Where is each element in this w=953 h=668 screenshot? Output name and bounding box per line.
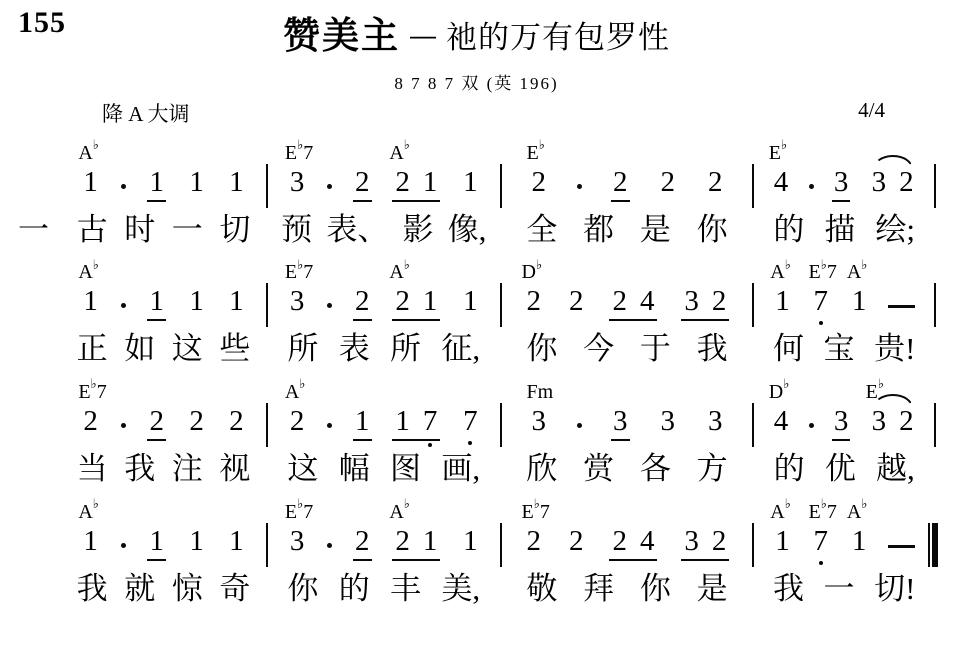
note-cell: 3E♭7 xyxy=(288,287,307,321)
music-line: 1A♭1113E♭7221A♭12E♭7224321A♭7E♭71A♭我就惊奇你… xyxy=(18,499,935,607)
augmentation-dot-icon xyxy=(809,184,814,189)
note-digit: 3 xyxy=(832,407,851,441)
lyric-syllable: 惊 xyxy=(172,571,203,607)
note-digit: 3 xyxy=(872,407,887,436)
lyric-syllable: 一 xyxy=(824,571,855,607)
note-cell: 2A♭ xyxy=(288,407,307,441)
lyric-syllable: 拜 xyxy=(583,571,614,607)
low-octave-dot-icon xyxy=(428,443,432,447)
flat-icon: ♭ xyxy=(93,496,99,511)
lyric-syllable: 贵! xyxy=(874,331,915,367)
chord-label: E♭ xyxy=(866,382,884,402)
augmentation-dot-icon xyxy=(121,184,126,189)
flat-icon: ♭ xyxy=(297,257,303,272)
note-value: 7 xyxy=(423,405,438,437)
note-value: 2 xyxy=(83,405,98,437)
lyric-syllable: 敬 xyxy=(526,571,557,607)
notes-row: 1A♭1113E♭7221A♭12D♭224321A♭7E♭71A♭ xyxy=(18,259,935,321)
time-signature: 4/4 xyxy=(858,98,885,128)
lyric-syllable: 你 xyxy=(697,212,728,248)
note-cell: 1 xyxy=(147,168,166,202)
lyric-syllable: 这 xyxy=(287,451,318,487)
note-digit: 1 xyxy=(423,527,438,556)
note-cell xyxy=(809,184,814,202)
lyric-syllable: 影 xyxy=(402,212,433,248)
note-cell: 1 xyxy=(187,287,206,321)
lyric-syllable: 正 xyxy=(77,331,108,367)
note-cell xyxy=(888,545,915,561)
lyric-syllable: 是 xyxy=(640,212,671,248)
note-digit: 2 xyxy=(899,407,914,436)
note-digit: 1 xyxy=(187,287,206,321)
measure: 1A♭7E♭71A♭ xyxy=(753,287,935,321)
note-digit: 3 xyxy=(288,287,307,321)
augmentation-dot-icon xyxy=(577,184,582,189)
chord-label: A♭ xyxy=(770,502,791,522)
measure: 4D♭332E♭ xyxy=(753,407,935,441)
title-row: 赞美主—祂的万有包罗性 xyxy=(18,16,935,57)
note-digit: 2 xyxy=(525,527,544,561)
note-digit: 2 xyxy=(530,168,549,202)
lyric-syllable: 切 xyxy=(219,212,250,248)
music-sheet: 1A♭1113E♭7221A♭12E♭2224E♭332一古时一切预表、影像,全… xyxy=(18,140,935,607)
note-value: 2 xyxy=(712,285,727,317)
lyric-syllable: 的 xyxy=(773,212,804,248)
chord-label: E♭7 xyxy=(285,143,313,163)
note-digit: 1 xyxy=(850,287,869,321)
note-digit: 1 xyxy=(423,168,438,197)
note-cell xyxy=(121,184,126,202)
notes-row: 1A♭1113E♭7221A♭12E♭2224E♭332 xyxy=(18,140,935,202)
note-value: 2 xyxy=(355,285,370,317)
lyric-syllable: 你 xyxy=(640,571,671,607)
note-digit: 4 xyxy=(640,287,655,316)
lyric-syllable: 预 xyxy=(281,212,312,248)
note-digit: 2 xyxy=(899,168,914,197)
lyric-syllable: 些 xyxy=(219,331,250,367)
note-cell: 1 xyxy=(187,527,206,561)
note-value: 2 xyxy=(712,525,727,557)
note-value: 3 xyxy=(613,405,628,437)
lyric-syllable: 古 xyxy=(77,212,108,248)
lyrics-row: 我就惊奇你的丰美,敬拜你是我一切! xyxy=(18,571,935,607)
measure-lyrics: 你的丰美, xyxy=(267,571,501,607)
verse-number: 一 xyxy=(18,212,60,248)
note-cell: 7E♭7 xyxy=(812,527,831,561)
measure-lyrics: 当我注视 xyxy=(60,451,267,487)
chord-label: E♭7 xyxy=(809,502,837,522)
note-value: 1 xyxy=(852,285,867,317)
note-digit: 1 xyxy=(461,527,480,561)
measure-lyrics: 敬拜你是 xyxy=(501,571,754,607)
note-cell: 2 xyxy=(353,168,372,202)
low-octave-dot-icon xyxy=(819,561,823,565)
lyric-syllable: 越, xyxy=(876,451,915,487)
note-cell: 2 xyxy=(187,407,206,441)
measure-lyrics: 我一切! xyxy=(753,571,935,607)
note-cell: 17 xyxy=(392,407,440,441)
beam-group: 21 xyxy=(392,287,440,321)
note-cell: 1 xyxy=(461,527,480,561)
measure: 1A♭111 xyxy=(60,527,267,561)
note-cell xyxy=(577,423,582,441)
music-line: 1A♭1113E♭7221A♭12D♭224321A♭7E♭71A♭正如这些所表… xyxy=(18,259,935,367)
measure: 1A♭111 xyxy=(60,287,267,321)
note-value: 2 xyxy=(189,405,204,437)
lyric-syllable: 我 xyxy=(773,571,804,607)
lyric-syllable: 的 xyxy=(774,451,805,487)
lyric-syllable: 绘; xyxy=(875,212,915,248)
note-value: 2 xyxy=(229,405,244,437)
notes-row: 1A♭1113E♭7221A♭12E♭7224321A♭7E♭71A♭ xyxy=(18,499,935,561)
beam-group: 32 xyxy=(681,527,729,561)
key-signature: 降 A 大调 xyxy=(102,98,190,128)
note-value: 2 xyxy=(569,525,584,557)
lyric-syllable: 时 xyxy=(124,212,155,248)
note-value: 7 xyxy=(814,285,829,317)
note-value: 1 xyxy=(83,166,98,198)
note-value: 3 xyxy=(660,405,675,437)
beam-group: 24 xyxy=(609,287,657,321)
note-cell: 32 xyxy=(681,287,729,321)
note-value: 2 xyxy=(355,166,370,198)
measure: 2E♭7222 xyxy=(60,407,267,441)
lyric-syllable: 你 xyxy=(526,331,557,367)
note-value: 2 xyxy=(290,405,305,437)
measure: 1A♭7E♭71A♭ xyxy=(753,527,935,561)
note-cell: 3E♭7 xyxy=(288,168,307,202)
note-digit: 2 xyxy=(712,287,727,316)
flat-icon: ♭ xyxy=(821,257,827,272)
note-cell: 2 xyxy=(611,168,630,202)
note-digit: 3 xyxy=(684,527,699,556)
measure-lyrics: 你今于我 xyxy=(501,331,754,367)
page-title: 赞美主 xyxy=(283,15,400,56)
measure: 2E♭722432 xyxy=(501,527,754,561)
note-value: 3 xyxy=(708,405,723,437)
note-cell: 3 xyxy=(832,168,851,202)
title-separator: — xyxy=(410,20,436,50)
note-digit: 1 xyxy=(227,287,246,321)
note-value: 1 xyxy=(83,525,98,557)
note-cell: 4E♭ xyxy=(772,168,791,202)
note-value: 3 xyxy=(290,285,305,317)
held-note-dash xyxy=(888,545,915,548)
note-value: 3 xyxy=(684,285,699,317)
note-cell: 1 xyxy=(187,168,206,202)
note-digit: 3 xyxy=(611,407,630,441)
lyric-syllable: 视 xyxy=(219,451,250,487)
note-cell: 21A♭ xyxy=(392,287,440,321)
lyric-syllable: 是 xyxy=(697,571,728,607)
note-value: 1 xyxy=(775,285,790,317)
note-digit: 1 xyxy=(773,527,792,561)
lyric-syllable: 征, xyxy=(441,331,480,367)
chord-label: E♭7 xyxy=(522,502,550,522)
lyric-syllable: 描 xyxy=(824,212,855,248)
slur-group: 32 xyxy=(869,407,917,441)
lyric-syllable: 当 xyxy=(77,451,108,487)
lyric-syllable: 一 xyxy=(172,212,203,248)
lyric-syllable: 这 xyxy=(172,331,203,367)
note-value: 2 xyxy=(149,405,164,437)
note-value: 1 xyxy=(463,166,478,198)
note-value: 1 xyxy=(189,525,204,557)
augmentation-dot-icon xyxy=(327,423,332,428)
measure: 1A♭111 xyxy=(60,168,267,202)
note-digit: 2 xyxy=(353,287,372,321)
augmentation-dot-icon xyxy=(327,543,332,548)
note-digit: 2 xyxy=(611,168,630,202)
note-cell xyxy=(888,305,915,321)
low-octave-dot-icon xyxy=(819,321,823,325)
note-digit: 2 xyxy=(353,527,372,561)
note-cell: 1 xyxy=(227,287,246,321)
lyric-syllable: 所 xyxy=(287,331,318,367)
note-digit: 3 xyxy=(288,527,307,561)
measure-lyrics: 古时一切 xyxy=(60,212,267,248)
chord-label: A♭ xyxy=(78,502,99,522)
title-subtitle: 祂的万有包罗性 xyxy=(446,20,670,55)
notes-row: 2E♭72222A♭11773Fm3334D♭332E♭ xyxy=(18,379,935,441)
note-cell: 1A♭ xyxy=(81,168,100,202)
note-value: 4 xyxy=(774,405,789,437)
note-cell: 32E♭ xyxy=(869,407,917,441)
measure-lyrics: 的优越, xyxy=(753,451,935,487)
note-value: 1 xyxy=(355,405,370,437)
flat-icon: ♭ xyxy=(404,257,410,272)
chord-label: A♭ xyxy=(389,262,410,282)
chord-label: A♭ xyxy=(847,502,868,522)
note-value: 3 xyxy=(684,525,699,557)
measure-lyrics: 的描绘; xyxy=(753,212,935,248)
note-value: 2 xyxy=(532,166,547,198)
note-cell: 2 xyxy=(353,527,372,561)
note-digit: 2 xyxy=(567,287,586,321)
note-value: 4 xyxy=(774,166,789,198)
measure-lyrics: 我就惊奇 xyxy=(60,571,267,607)
note-value: 3 xyxy=(872,166,887,198)
flat-icon: ♭ xyxy=(404,137,410,152)
note-digit: 2 xyxy=(525,287,544,321)
note-digit: 2 xyxy=(395,527,410,556)
lyric-syllable: 我 xyxy=(77,571,108,607)
note-value: 3 xyxy=(872,405,887,437)
note-digit: 7 xyxy=(423,407,438,436)
note-digit: 4 xyxy=(772,407,791,441)
note-value: 1 xyxy=(149,166,164,198)
note-cell: 7 xyxy=(461,407,480,441)
lyrics-row: 一古时一切预表、影像,全都是你的描绘; xyxy=(18,212,935,248)
note-digit: 1 xyxy=(850,527,869,561)
note-digit: 1 xyxy=(353,407,372,441)
note-value: 2 xyxy=(395,166,410,198)
note-digit: 2 xyxy=(187,407,206,441)
augmentation-dot-icon xyxy=(327,303,332,308)
note-cell: 2 xyxy=(658,168,677,202)
note-cell: 2 xyxy=(227,407,246,441)
note-value: 2 xyxy=(613,166,628,198)
flat-icon: ♭ xyxy=(539,137,545,152)
chord-label: D♭ xyxy=(769,382,790,402)
note-value: 2 xyxy=(355,525,370,557)
measure-lyrics: 全都是你 xyxy=(501,212,754,248)
note-digit: 1 xyxy=(461,287,480,321)
note-cell: 1A♭ xyxy=(81,287,100,321)
note-digit: 3 xyxy=(684,287,699,316)
note-digit: 1 xyxy=(395,407,410,436)
flat-icon: ♭ xyxy=(781,137,787,152)
lyric-syllable: 所 xyxy=(390,331,421,367)
measure-lyrics: 何宝贵! xyxy=(753,331,935,367)
lyric-syllable: 奇 xyxy=(219,571,250,607)
note-cell xyxy=(121,423,126,441)
chord-label: E♭ xyxy=(527,143,545,163)
note-cell: 3Fm xyxy=(530,407,549,441)
chord-label: A♭ xyxy=(78,262,99,282)
measure-lyrics: 欣赏各方 xyxy=(501,451,754,487)
note-digit: 1 xyxy=(423,287,438,316)
note-value: 1 xyxy=(189,166,204,198)
note-value: 3 xyxy=(532,405,547,437)
chord-label: A♭ xyxy=(389,502,410,522)
lyric-syllable: 我 xyxy=(697,331,728,367)
lyric-syllable: 如 xyxy=(124,331,155,367)
lyric-syllable: 赏 xyxy=(583,451,614,487)
note-value: 1 xyxy=(463,285,478,317)
note-cell: 3E♭7 xyxy=(288,527,307,561)
lyric-syllable: 都 xyxy=(583,212,614,248)
note-cell: 2D♭ xyxy=(525,287,544,321)
lyric-syllable: 各 xyxy=(640,451,671,487)
flat-icon: ♭ xyxy=(785,496,791,511)
measure: 3E♭7221A♭1 xyxy=(267,287,501,321)
note-cell: 1 xyxy=(147,527,166,561)
note-cell: 2 xyxy=(567,287,586,321)
note-value: 2 xyxy=(660,166,675,198)
note-value: 1 xyxy=(852,525,867,557)
hymn-number: 155 xyxy=(18,6,66,40)
note-cell: 3 xyxy=(706,407,725,441)
note-cell xyxy=(327,423,332,441)
note-value: 2 xyxy=(708,166,723,198)
chord-label: Fm xyxy=(527,382,554,402)
lyric-syllable: 我 xyxy=(124,451,155,487)
note-cell xyxy=(327,184,332,202)
measure-lyrics: 这幅图画, xyxy=(267,451,501,487)
lyrics-row: 正如这些所表所征,你今于我何宝贵! xyxy=(18,331,935,367)
note-cell: 7E♭7 xyxy=(812,287,831,321)
note-digit: 2 xyxy=(706,168,725,202)
lyrics-row: 当我注视这幅图画,欣赏各方的优越, xyxy=(18,451,935,487)
note-cell: 1 xyxy=(227,527,246,561)
chord-label: A♭ xyxy=(847,262,868,282)
key-time-row: 降 A 大调 4/4 xyxy=(18,98,935,128)
note-digit: 4 xyxy=(640,527,655,556)
note-cell: 2 xyxy=(706,168,725,202)
note-digit: 3 xyxy=(288,168,307,202)
flat-icon: ♭ xyxy=(91,376,97,391)
note-value: 2 xyxy=(569,285,584,317)
augmentation-dot-icon xyxy=(577,423,582,428)
beam-group: 24 xyxy=(609,527,657,561)
note-value: 2 xyxy=(612,525,627,557)
note-value: 1 xyxy=(83,285,98,317)
measure: 4E♭332 xyxy=(753,168,935,202)
note-value: 1 xyxy=(149,285,164,317)
flat-icon: ♭ xyxy=(93,137,99,152)
note-cell: 1 xyxy=(227,168,246,202)
note-cell: 2E♭7 xyxy=(525,527,544,561)
note-cell: 1A♭ xyxy=(773,287,792,321)
note-value: 3 xyxy=(290,525,305,557)
note-cell: 1A♭ xyxy=(81,527,100,561)
measure: 2D♭22432 xyxy=(501,287,754,321)
lyric-syllable: 画, xyxy=(441,451,480,487)
note-value: 2 xyxy=(395,285,410,317)
chord-label: D♭ xyxy=(522,262,543,282)
note-value: 2 xyxy=(899,166,914,198)
flat-icon: ♭ xyxy=(861,496,867,511)
chord-label: E♭7 xyxy=(285,502,313,522)
note-digit: 1 xyxy=(147,527,166,561)
chord-label: A♭ xyxy=(78,143,99,163)
note-cell xyxy=(121,543,126,561)
note-cell: 4D♭ xyxy=(772,407,791,441)
measure: 2A♭1177 xyxy=(267,407,501,441)
note-cell: 1 xyxy=(147,287,166,321)
lyric-syllable: 注 xyxy=(172,451,203,487)
note-digit: 2 xyxy=(227,407,246,441)
lyric-syllable: 像, xyxy=(448,212,487,248)
note-cell: 1 xyxy=(461,168,480,202)
measure-lyrics: 正如这些 xyxy=(60,331,267,367)
lyric-syllable: 美, xyxy=(441,571,480,607)
measure: 3E♭7221A♭1 xyxy=(267,168,501,202)
note-cell: 2E♭7 xyxy=(81,407,100,441)
chord-label: A♭ xyxy=(770,262,791,282)
lyric-syllable: 的 xyxy=(339,571,370,607)
lyric-syllable: 图 xyxy=(390,451,421,487)
lyric-syllable: 表、 xyxy=(326,212,388,248)
note-value: 1 xyxy=(189,285,204,317)
note-value: 1 xyxy=(775,525,790,557)
chord-label: E♭7 xyxy=(78,382,106,402)
hymn-page: 155 赞美主—祂的万有包罗性 8 7 8 7 双 (英 196) 降 A 大调… xyxy=(0,0,953,668)
note-cell: 2 xyxy=(353,287,372,321)
measure: 3E♭7221A♭1 xyxy=(267,527,501,561)
note-digit: 3 xyxy=(832,168,851,202)
held-note-dash xyxy=(888,305,915,308)
note-cell xyxy=(121,303,126,321)
note-digit: 1 xyxy=(227,168,246,202)
flat-icon: ♭ xyxy=(861,257,867,272)
note-value: 1 xyxy=(423,166,438,198)
note-digit: 4 xyxy=(772,168,791,202)
augmentation-dot-icon xyxy=(121,543,126,548)
flat-icon: ♭ xyxy=(297,496,303,511)
lyric-syllable: 宝 xyxy=(824,331,855,367)
flat-icon: ♭ xyxy=(297,137,303,152)
measure-lyrics: 预表、影像, xyxy=(267,212,501,248)
note-value: 1 xyxy=(149,525,164,557)
note-cell xyxy=(809,423,814,441)
note-digit: 1 xyxy=(461,168,480,202)
lyric-syllable: 优 xyxy=(825,451,856,487)
note-cell: 1A♭ xyxy=(773,527,792,561)
chord-label: E♭ xyxy=(769,143,787,163)
note-digit: 1 xyxy=(147,287,166,321)
